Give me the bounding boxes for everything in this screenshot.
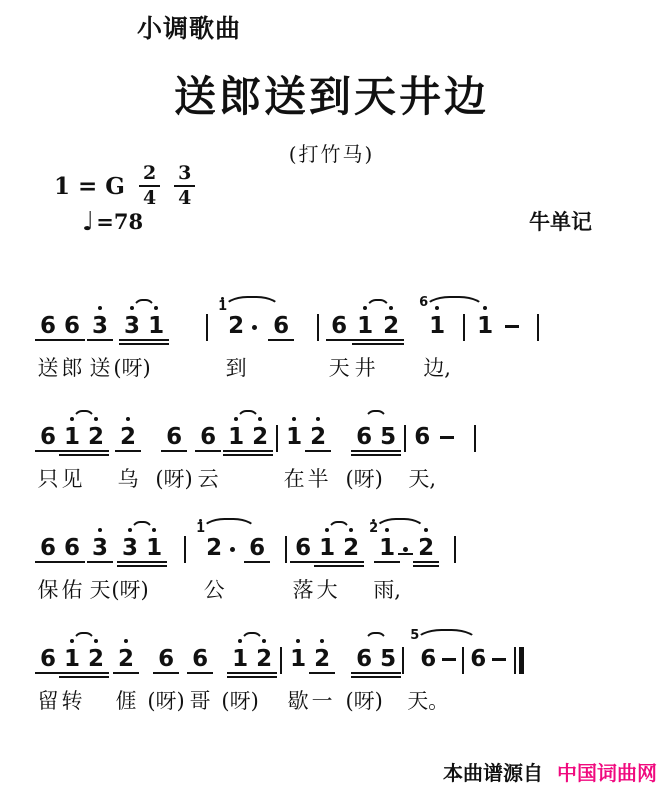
note: 6留 <box>40 629 56 676</box>
octave-dot <box>292 417 296 421</box>
underline-group <box>326 339 352 343</box>
underline <box>143 339 169 341</box>
note-number: 6 <box>40 425 56 449</box>
underline <box>83 454 109 456</box>
lyric-syllable: 乌 <box>118 463 139 493</box>
note-number: 1 <box>146 536 162 560</box>
underline <box>326 339 352 341</box>
underline <box>413 565 439 567</box>
octave-dot <box>98 306 102 310</box>
underline-group <box>35 339 61 343</box>
note-number: 1 <box>64 647 80 671</box>
underline-group <box>223 450 249 458</box>
underline <box>161 450 187 452</box>
note-number: 6 <box>192 647 208 671</box>
lyric-syllable: 在 <box>284 463 305 493</box>
note-number: 2 <box>310 425 326 449</box>
underline <box>413 561 439 563</box>
note: 6天, <box>414 407 430 449</box>
lyric-syllable: 保 <box>38 574 59 604</box>
meter-numerator: 3 <box>174 164 195 187</box>
underline <box>290 561 316 563</box>
underline <box>83 450 109 452</box>
barline-glyph <box>280 647 282 674</box>
underline-group <box>87 339 113 343</box>
meter-numerator: 2 <box>139 164 160 187</box>
score-line-4: 6留1转22𠊎6(呀)6哥1(呀)21歇2一6(呀)556天。6 <box>36 629 543 740</box>
credit-notator: 牛单记 <box>529 206 592 236</box>
note-number: 6 <box>40 314 56 338</box>
note: 6(呀) <box>166 407 182 454</box>
barline <box>402 629 404 674</box>
barline-glyph <box>402 647 404 674</box>
underline <box>83 672 109 674</box>
underline-group <box>35 561 61 565</box>
dash-note <box>492 629 506 661</box>
underline <box>195 450 221 452</box>
lyric-syllable: 公 <box>204 574 225 604</box>
underline <box>59 450 85 452</box>
underline <box>223 454 249 456</box>
barline <box>280 629 282 674</box>
barline <box>454 518 456 563</box>
note: 6落 <box>295 518 311 565</box>
note-number: 1 <box>357 314 373 338</box>
note-number: 1 <box>286 425 302 449</box>
underline-group <box>153 672 179 676</box>
underline-group <box>143 339 169 347</box>
lyric-syllable: 天 <box>329 352 350 382</box>
underline <box>378 343 404 345</box>
underline-group <box>374 561 400 565</box>
note-number: 2 <box>88 647 104 671</box>
lyric-syllable: 𠊎 <box>116 685 137 715</box>
underline-group <box>113 672 139 676</box>
footer: 本曲谱源自中国词曲网 <box>443 757 657 786</box>
note-number: 6 <box>470 647 486 671</box>
note-number: 6 <box>356 647 372 671</box>
song-title: 送郎送到天井边 <box>0 64 663 124</box>
underline-group <box>413 561 439 569</box>
note-number: 6 <box>295 536 311 560</box>
underline <box>223 450 249 452</box>
note-number: 2 <box>314 647 330 671</box>
underline-group <box>59 672 85 680</box>
octave-dot <box>98 528 102 532</box>
note: 6送 <box>40 296 56 343</box>
underline <box>115 450 141 452</box>
underline <box>247 454 273 456</box>
footer-source-label: 本曲谱源自 <box>443 761 543 785</box>
note-number: 1 <box>64 425 80 449</box>
dash-note <box>505 296 519 328</box>
barline <box>206 296 208 341</box>
footer-site-link[interactable]: 中国词曲网 <box>557 761 657 785</box>
note-number: 1 <box>477 314 493 338</box>
lyric-syllable: 天, <box>408 463 436 493</box>
underline <box>352 339 378 341</box>
octave-dot <box>320 639 324 643</box>
lyric-syllable: 一 <box>312 685 333 715</box>
note-number: 6 <box>40 647 56 671</box>
lyric-syllable: 雨, <box>373 574 401 604</box>
augmentation-dot <box>252 325 257 330</box>
note-number: 5 <box>380 425 396 449</box>
lyric-syllable: (呀) <box>155 463 192 493</box>
underline-group <box>338 561 364 569</box>
barline-glyph <box>454 536 456 563</box>
note-number: 1 <box>319 536 335 560</box>
lyric-syllable: 送 <box>90 352 111 382</box>
underline-group <box>305 450 331 454</box>
final-barline <box>514 629 524 674</box>
underline <box>119 343 145 345</box>
dash-note <box>440 407 454 439</box>
barline-glyph <box>474 425 476 452</box>
lyric-syllable: 只 <box>38 463 59 493</box>
time-signature-3-4: 3 4 <box>174 164 195 208</box>
lyric-syllable: 大 <box>317 574 338 604</box>
underline-group <box>375 672 401 680</box>
underline <box>35 339 61 341</box>
underline-group <box>187 672 213 676</box>
underline-group <box>378 339 404 347</box>
underline-group <box>115 450 141 454</box>
song-subtitle: (打竹马) <box>0 138 663 167</box>
underline <box>59 676 85 678</box>
underline <box>247 450 273 452</box>
barline-glyph <box>463 314 465 341</box>
notes-row: 6送6郎3送3(呀)112到66天1井261边,1 <box>36 296 543 347</box>
underline <box>187 672 213 674</box>
note: 2半 <box>310 407 326 454</box>
note-number: 6 <box>40 536 56 560</box>
note-number: 2 <box>343 536 359 560</box>
underline <box>117 565 143 567</box>
note: 2乌 <box>120 407 136 454</box>
underline <box>227 672 253 674</box>
underline <box>87 561 113 563</box>
lyric-syllable: 送 <box>38 352 59 382</box>
thin-line <box>514 647 516 674</box>
octave-dot <box>296 639 300 643</box>
underline-group <box>290 561 316 565</box>
note: 2一 <box>314 629 330 676</box>
underline <box>338 561 364 563</box>
note-number: 6 <box>158 647 174 671</box>
note-number: 6 <box>64 536 80 560</box>
underline <box>374 561 400 563</box>
dash-glyph <box>440 436 454 439</box>
lyric-syllable: 郎 <box>62 352 83 382</box>
barline-glyph <box>206 314 208 341</box>
lyric-syllable: (呀) <box>345 463 382 493</box>
underline-group <box>141 561 167 569</box>
underline <box>309 672 335 674</box>
note-number: 3 <box>92 314 108 338</box>
note-number: 6 <box>166 425 182 449</box>
underline <box>83 676 109 678</box>
underline <box>314 565 340 567</box>
underline-group <box>87 561 113 565</box>
barline-glyph <box>317 314 319 341</box>
lyric-syllable: (呀) <box>221 685 258 715</box>
underline <box>251 676 277 678</box>
note: 6只 <box>40 407 56 454</box>
underline-group <box>251 672 277 680</box>
barline <box>404 407 406 452</box>
note-number: 6 <box>420 647 436 671</box>
underline <box>351 676 377 678</box>
lyric-syllable: 天。 <box>407 685 449 715</box>
tempo-marking: ♩ =78 <box>82 209 143 234</box>
score: 6送6郎3送3(呀)112到66天1井261边,16只1见22乌6(呀)6云12… <box>36 296 543 740</box>
score-line-3: 6保6佑3天3(呀)112公66落1大221雨,2 <box>36 518 543 629</box>
lyric-syllable: 落 <box>293 574 314 604</box>
lyric-syllable: (呀) <box>147 685 184 715</box>
underline-group <box>247 450 273 458</box>
underline <box>314 561 340 563</box>
song-category: 小调歌曲 <box>137 9 241 45</box>
underline-group <box>375 450 401 458</box>
key-and-meter-row: 1 = G 2 4 3 4 <box>54 164 195 208</box>
underline-group <box>117 561 143 569</box>
quarter-note-icon: ♩ <box>82 212 94 232</box>
note-number: 1 <box>148 314 164 338</box>
tempo-value: =78 <box>96 209 143 234</box>
barline-glyph <box>285 536 287 563</box>
score-line-2: 6只1见22乌6(呀)6云121在2半6(呀)56天, <box>36 407 543 518</box>
note-number: 2 <box>252 425 268 449</box>
note-number: 1 <box>290 647 306 671</box>
note: 6天 <box>331 296 347 343</box>
note: 6保 <box>40 518 56 565</box>
note-number: 6 <box>414 425 430 449</box>
note-number: 6 <box>64 314 80 338</box>
underline-group <box>268 339 294 343</box>
note-number: 2 <box>418 536 434 560</box>
underline <box>268 339 294 341</box>
note-number: 6 <box>331 314 347 338</box>
barline <box>317 296 319 341</box>
note: 1在 <box>286 407 302 449</box>
underline-group <box>59 450 85 458</box>
dash-glyph <box>492 658 506 661</box>
underline-group <box>309 672 335 676</box>
underline <box>378 339 404 341</box>
barline-glyph <box>404 425 406 452</box>
note-number: 2 <box>383 314 399 338</box>
underline-group <box>195 450 221 454</box>
note: 6云 <box>200 407 216 454</box>
underline <box>87 339 113 341</box>
barline-glyph <box>537 314 539 341</box>
underline <box>59 561 85 563</box>
slur <box>424 296 486 309</box>
lyric-syllable: (呀) <box>345 685 382 715</box>
underline <box>351 454 377 456</box>
barline <box>276 407 278 452</box>
notes-row: 6只1见22乌6(呀)6云121在2半6(呀)56天, <box>36 407 543 458</box>
note-number: 2 <box>256 647 272 671</box>
barline-glyph <box>462 647 464 674</box>
underline-group <box>244 561 270 565</box>
underline <box>375 676 401 678</box>
lyric-syllable: (呀) <box>113 352 150 382</box>
underline-group <box>83 672 109 680</box>
underline <box>251 672 277 674</box>
underline-group <box>314 561 340 569</box>
underline-group <box>398 553 413 557</box>
underline <box>35 672 61 674</box>
underline <box>227 676 253 678</box>
underline <box>113 672 139 674</box>
notes-row: 6保6佑3天3(呀)112公66落1大221雨,2 <box>36 518 543 569</box>
barline <box>285 518 287 563</box>
note-number: 6 <box>249 536 265 560</box>
note-number: 1 <box>429 314 445 338</box>
underline-group <box>161 450 187 454</box>
underline <box>351 672 377 674</box>
octave-dot <box>316 417 320 421</box>
final-barline-glyph <box>514 647 524 674</box>
note: 6(呀) <box>158 629 174 676</box>
note: 2𠊎 <box>118 629 134 676</box>
note: 3天 <box>92 518 108 565</box>
underline <box>338 565 364 567</box>
slur <box>415 629 479 642</box>
note-number: 2 <box>206 536 222 560</box>
lyric-syllable: 歇 <box>288 685 309 715</box>
meter-denominator: 4 <box>178 187 191 208</box>
underline <box>375 454 401 456</box>
lyric-syllable: 井 <box>355 352 376 382</box>
thick-line <box>519 647 524 674</box>
note-number: 6 <box>273 314 289 338</box>
note-number: 3 <box>122 536 138 560</box>
octave-dot <box>124 639 128 643</box>
note-number: 1 <box>228 425 244 449</box>
sheet-music-page: { "header": { "category": "小调歌曲", "title… <box>0 0 663 791</box>
underline <box>59 339 85 341</box>
underline <box>59 672 85 674</box>
augmentation-dot <box>403 547 408 552</box>
underline-group <box>35 672 61 676</box>
lyric-syllable: 哥 <box>190 685 211 715</box>
underline-group <box>227 672 253 680</box>
note: 3送 <box>92 296 108 343</box>
underline <box>59 454 85 456</box>
underline <box>153 672 179 674</box>
underline <box>141 561 167 563</box>
lyric-syllable: 边, <box>423 352 451 382</box>
lyric-syllable: 到 <box>226 352 247 382</box>
underline <box>141 565 167 567</box>
barline <box>537 296 539 341</box>
lyric-syllable: 佑 <box>62 574 83 604</box>
underline-group <box>83 450 109 458</box>
note: 6郎 <box>64 296 80 343</box>
underline-group <box>351 672 377 680</box>
lyric-syllable: 留 <box>38 685 59 715</box>
underline <box>119 339 145 341</box>
dash-glyph <box>442 658 456 661</box>
note-number: 3 <box>124 314 140 338</box>
underline-group <box>351 450 377 458</box>
note-number: 2 <box>88 425 104 449</box>
note-number: 3 <box>92 536 108 560</box>
note-number: 1 <box>379 536 395 560</box>
lyric-syllable: 见 <box>62 463 83 493</box>
underline <box>375 672 401 674</box>
underline <box>35 450 61 452</box>
barline <box>474 407 476 452</box>
note: 6哥 <box>192 629 208 676</box>
note-number: 2 <box>120 425 136 449</box>
note: 6佑 <box>64 518 80 565</box>
lyric-syllable: 天 <box>90 574 111 604</box>
underline-group <box>59 339 85 343</box>
underline <box>351 450 377 452</box>
underline-group <box>352 339 378 347</box>
barline-glyph <box>276 425 278 452</box>
key-signature: 1 = G <box>54 173 125 200</box>
lyric-syllable: 转 <box>62 685 83 715</box>
underline <box>244 561 270 563</box>
underline-group <box>59 561 85 565</box>
underline-group <box>119 339 145 347</box>
time-signature-2-4: 2 4 <box>139 164 160 208</box>
note: 1歇 <box>290 629 306 671</box>
note-number: 2 <box>118 647 134 671</box>
meter-denominator: 4 <box>143 187 156 208</box>
note-number: 1 <box>232 647 248 671</box>
lyric-syllable: 云 <box>198 463 219 493</box>
note-number: 5 <box>380 647 396 671</box>
lyric-syllable: (呀) <box>111 574 148 604</box>
lyric-syllable: 半 <box>308 463 329 493</box>
underline-group <box>35 450 61 454</box>
underline <box>375 450 401 452</box>
octave-dot <box>126 417 130 421</box>
note-number: 6 <box>200 425 216 449</box>
underline <box>117 561 143 563</box>
dash-glyph <box>505 325 519 328</box>
score-line-1: 6送6郎3送3(呀)112到66天1井261边,1 <box>36 296 543 407</box>
note-number: 6 <box>356 425 372 449</box>
augmentation-dot <box>230 547 235 552</box>
underline <box>398 553 413 555</box>
underline <box>352 343 378 345</box>
underline <box>143 343 169 345</box>
note-number: 2 <box>228 314 244 338</box>
notes-row: 6留1转22𠊎6(呀)6哥1(呀)21歇2一6(呀)556天。6 <box>36 629 543 680</box>
barline <box>184 518 186 563</box>
barline-glyph <box>184 536 186 563</box>
underline <box>35 561 61 563</box>
underline <box>305 450 331 452</box>
